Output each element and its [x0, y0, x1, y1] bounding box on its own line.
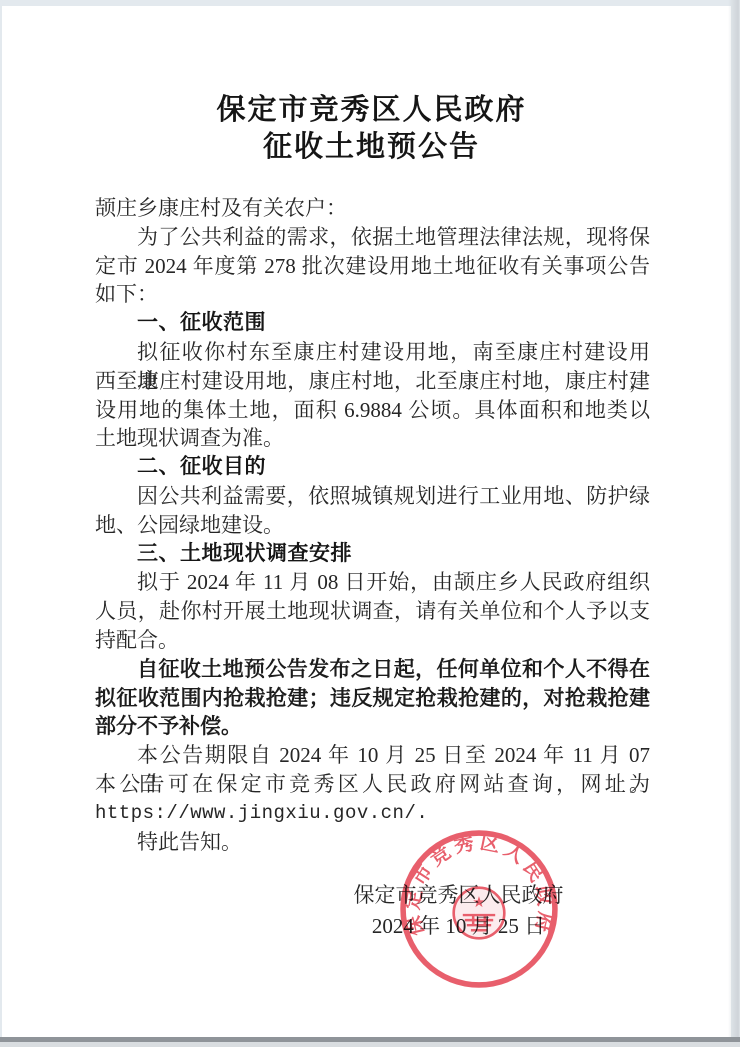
doc-line: 人员，赴你村开展土地现状调查，请有关单位和个人予以支	[95, 597, 650, 626]
title-line-2: 征收土地预公告	[95, 129, 648, 166]
doc-line: 持配合。	[95, 626, 650, 655]
document-body: 颉庄乡康庄村及有关农户：为了公共利益的需求，依据土地管理法律法规，现将保定市 2…	[95, 194, 650, 856]
doc-line: 土地现状调查为准。	[95, 424, 650, 453]
doc-line: 定市 2024 年度第 278 批次建设用地土地征收有关事项公告	[95, 252, 650, 281]
doc-line: 自征收土地预公告发布之日起，任何单位和个人不得在	[95, 655, 650, 684]
doc-line: 本公告期限自 2024 年 10 月 25 日至 2024 年 11 月 07 …	[95, 741, 650, 770]
doc-line: 地、公园绿地建设。	[95, 511, 650, 540]
doc-line: 一、征收范围	[95, 309, 650, 338]
scanned-document-page: { "document": { "title": { "line1": "保定市…	[0, 0, 740, 1047]
doc-line: 特此告知。	[95, 828, 650, 857]
doc-line: https://www.jingxiu.gov.cn/.	[95, 799, 650, 828]
doc-line: 二、征收目的	[95, 453, 650, 482]
scan-right-edge-shadow	[728, 0, 740, 1047]
doc-line: 拟于 2024 年 11 月 08 日开始，由颉庄乡人民政府组织	[95, 568, 650, 597]
doc-line: 部分不予补偿。	[95, 712, 650, 741]
scan-bottom-under-shadow	[0, 1042, 740, 1047]
doc-line: 颉庄乡康庄村及有关农户：	[95, 194, 650, 223]
doc-line: 如下：	[95, 280, 650, 309]
doc-line: 拟征收范围内抢栽抢建；违反规定抢栽抢建的，对抢栽抢建	[95, 684, 650, 713]
doc-line: 为了公共利益的需求，依据土地管理法律法规，现将保	[95, 223, 650, 252]
doc-line: 本公告可在保定市竞秀区人民政府网站查询，网址为	[95, 770, 650, 799]
emblem-star-icon: ★	[472, 894, 486, 911]
official-red-seal: 保定市竞秀区人民政府 ★	[398, 828, 560, 990]
doc-line: 因公共利益需要，依照城镇规划进行工业用地、防护绿	[95, 482, 650, 511]
national-emblem-icon: ★	[454, 888, 505, 939]
doc-line: 拟征收你村东至康庄村建设用地，南至康庄村建设用地，	[95, 338, 650, 367]
doc-line: 西至康庄村建设用地，康庄村地，北至康庄村地，康庄村建	[95, 367, 650, 396]
doc-line: 三、土地现状调查安排	[95, 540, 650, 569]
paper-page: 保定市竞秀区人民政府 征收土地预公告 颉庄乡康庄村及有关农户：为了公共利益的需求…	[2, 6, 731, 1037]
doc-line: 设用地的集体土地，面积 6.9884 公顷。具体面积和地类以	[95, 396, 650, 425]
title-line-1: 保定市竞秀区人民政府	[95, 92, 648, 129]
document-title: 保定市竞秀区人民政府 征收土地预公告	[95, 92, 648, 166]
